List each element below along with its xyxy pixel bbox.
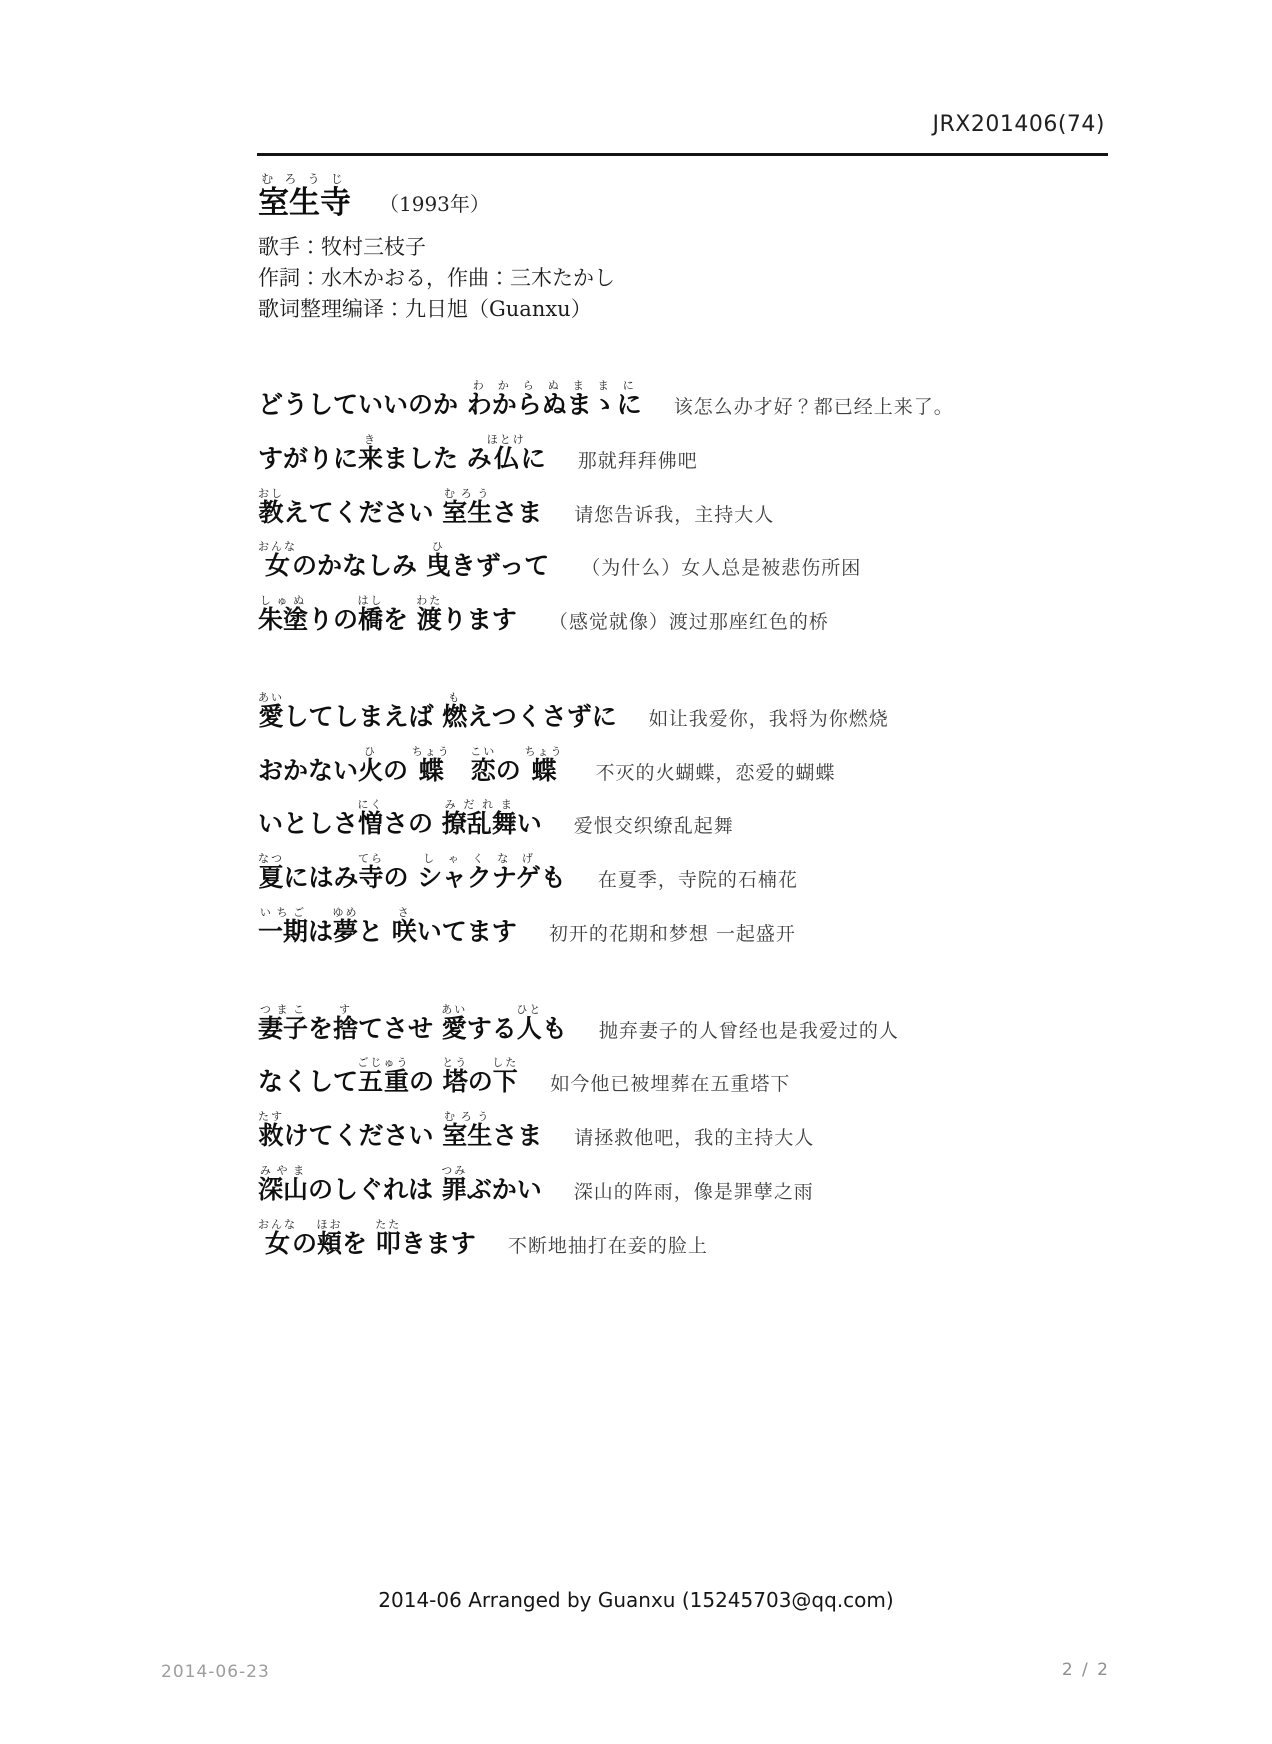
lyric-line-cn: 如今他已被埋葬在五重塔下 <box>550 1069 790 1096</box>
credits-block: 歌手：牧村三枝子 作詞：水木かおる，作曲：三木たかし 歌词整理编译：九日旭（Gu… <box>258 232 1138 325</box>
title-row: 室生寺むろうじ （1993年） <box>258 172 1138 220</box>
lyric-line-jp: なくして五重ごじゅうの 塔とうの下した <box>258 1056 518 1097</box>
lyric-line: 夏なつにはみ寺てらの シャクナゲしゃくなげも在夏季，寺院的石楠花 <box>258 852 1138 893</box>
lyrics-block: どうしていいのか わからぬまゝにわからぬままに该怎么办才好？都已经上来了。すがり… <box>258 379 1138 1258</box>
lyric-line-cn: （感觉就像）渡过那座红色的桥 <box>549 607 829 634</box>
stanza: どうしていいのか わからぬまゝにわからぬままに该怎么办才好？都已经上来了。すがり… <box>258 379 1138 635</box>
lyric-line-jp: 救たすけてください 室生むろうさま <box>258 1110 542 1151</box>
doc-code: JRX201406(74) <box>933 112 1106 137</box>
lyric-line-cn: 爱恨交织缭乱起舞 <box>574 811 734 838</box>
footer-date: 2014-06-23 <box>161 1662 270 1682</box>
lyric-line-jp: 一期いちごは夢ゆめと 咲さいてます <box>258 906 517 947</box>
credit-arranger: 歌词整理编译：九日旭（Guanxu） <box>258 294 1138 325</box>
lyric-line-jp: 妻子つまこを捨すてさせ 愛あいする人ひとも <box>258 1003 567 1044</box>
lyric-line-jp: 夏なつにはみ寺てらの シャクナゲしゃくなげも <box>258 852 566 893</box>
lyric-line-cn: 不灭的火蝴蝶，恋爱的蝴蝶 <box>596 758 836 785</box>
lyric-line: いとしさ憎にくさの 撩乱舞みだれまい爱恨交织缭乱起舞 <box>258 798 1138 839</box>
lyric-line-jp: 女おんなの頬ほおを 叩たたきます <box>258 1218 476 1259</box>
lyric-line-jp: おかない火ひの 蝶ちょう 恋こいの 蝶ちょう <box>258 745 564 786</box>
lyric-line: 女おんなのかなしみ 曳ひきずって（为什么）女人总是被悲伤所困 <box>258 540 1138 581</box>
credit-writers: 作詞：水木かおる，作曲：三木たかし <box>258 263 1138 294</box>
lyric-line-jp: いとしさ憎にくさの 撩乱舞みだれまい <box>258 798 542 839</box>
lyric-line: 朱塗しゅぬりの橋はしを 渡わたります（感觉就像）渡过那座红色的桥 <box>258 594 1138 635</box>
lyric-line-jp: 朱塗しゅぬりの橋はしを 渡わたります <box>258 594 517 635</box>
footer-page-number: 2 / 2 <box>1062 1660 1110 1680</box>
lyric-line: 妻子つまこを捨すてさせ 愛あいする人ひとも抛弃妻子的人曾经也是我爱过的人 <box>258 1003 1138 1044</box>
song-title-text: 室生寺 <box>258 185 351 221</box>
lyric-line-jp: 深山みやまのしぐれは 罪つみぶかい <box>258 1164 542 1205</box>
lyric-line: どうしていいのか わからぬまゝにわからぬままに该怎么办才好？都已经上来了。 <box>258 379 1138 420</box>
song-year: （1993年） <box>379 188 490 220</box>
lyric-line-jp: 教おしえてください 室生むろうさま <box>258 487 542 528</box>
lyric-line-cn: 请拯救他吧，我的主持大人 <box>574 1123 814 1150</box>
lyric-line-cn: 该怎么办才好？都已经上来了。 <box>674 392 954 419</box>
stanza: 愛あいしてしまえば 燃もえつくさずに如让我爱你，我将为你燃烧おかない火ひの 蝶ち… <box>258 691 1138 947</box>
lyric-line: おかない火ひの 蝶ちょう 恋こいの 蝶ちょう不灭的火蝴蝶，恋爱的蝴蝶 <box>258 745 1138 786</box>
song-title: 室生寺むろうじ <box>258 172 351 220</box>
content-column: 室生寺むろうじ （1993年） 歌手：牧村三枝子 作詞：水木かおる，作曲：三木た… <box>258 172 1138 1314</box>
lyric-line: なくして五重ごじゅうの 塔とうの下した如今他已被埋葬在五重塔下 <box>258 1056 1138 1097</box>
lyric-line-cn: 请您告诉我，主持大人 <box>574 500 774 527</box>
lyric-line-jp: 愛あいしてしまえば 燃もえつくさずに <box>258 691 617 732</box>
lyric-line: 教おしえてください 室生むろうさま请您告诉我，主持大人 <box>258 487 1138 528</box>
lyric-line-cn: 在夏季，寺院的石楠花 <box>598 865 798 892</box>
song-title-furigana: むろうじ <box>258 172 351 186</box>
lyric-line-jp: すがりに来きました み仏ほとけに <box>258 433 546 474</box>
lyric-line: 深山みやまのしぐれは 罪つみぶかい深山的阵雨，像是罪孽之雨 <box>258 1164 1138 1205</box>
document-page: JRX201406(74) 室生寺むろうじ （1993年） 歌手：牧村三枝子 作… <box>0 0 1272 1744</box>
lyric-line-jp: どうしていいのか わからぬまゝにわからぬままに <box>258 379 642 420</box>
lyric-line-cn: 抛弃妻子的人曾经也是我爱过的人 <box>599 1016 899 1043</box>
lyric-line: 一期いちごは夢ゆめと 咲さいてます初开的花期和梦想 一起盛开 <box>258 906 1138 947</box>
lyric-line-cn: 不断地抽打在妾的脸上 <box>508 1231 708 1258</box>
lyric-line-jp: 女おんなのかなしみ 曳ひきずって <box>258 540 549 581</box>
header-rule <box>257 153 1108 156</box>
lyric-line-cn: 深山的阵雨，像是罪孽之雨 <box>574 1177 814 1204</box>
footer-arranged: 2014-06 Arranged by Guanxu (15245703@qq.… <box>0 1588 1272 1612</box>
lyric-line-cn: 如让我爱你，我将为你燃烧 <box>649 704 889 731</box>
lyric-line: 救たすけてください 室生むろうさま请拯救他吧，我的主持大人 <box>258 1110 1138 1151</box>
lyric-line-cn: 那就拜拜佛吧 <box>578 446 698 473</box>
lyric-line: すがりに来きました み仏ほとけに那就拜拜佛吧 <box>258 433 1138 474</box>
stanza: 妻子つまこを捨すてさせ 愛あいする人ひとも抛弃妻子的人曾经也是我爱过的人なくして… <box>258 1003 1138 1259</box>
lyric-line-cn: （为什么）女人总是被悲伤所困 <box>581 553 861 580</box>
lyric-line-cn: 初开的花期和梦想 一起盛开 <box>549 919 796 946</box>
lyric-line: 女おんなの頬ほおを 叩たたきます不断地抽打在妾的脸上 <box>258 1218 1138 1259</box>
lyric-line: 愛あいしてしまえば 燃もえつくさずに如让我爱你，我将为你燃烧 <box>258 691 1138 732</box>
credit-singer: 歌手：牧村三枝子 <box>258 232 1138 263</box>
